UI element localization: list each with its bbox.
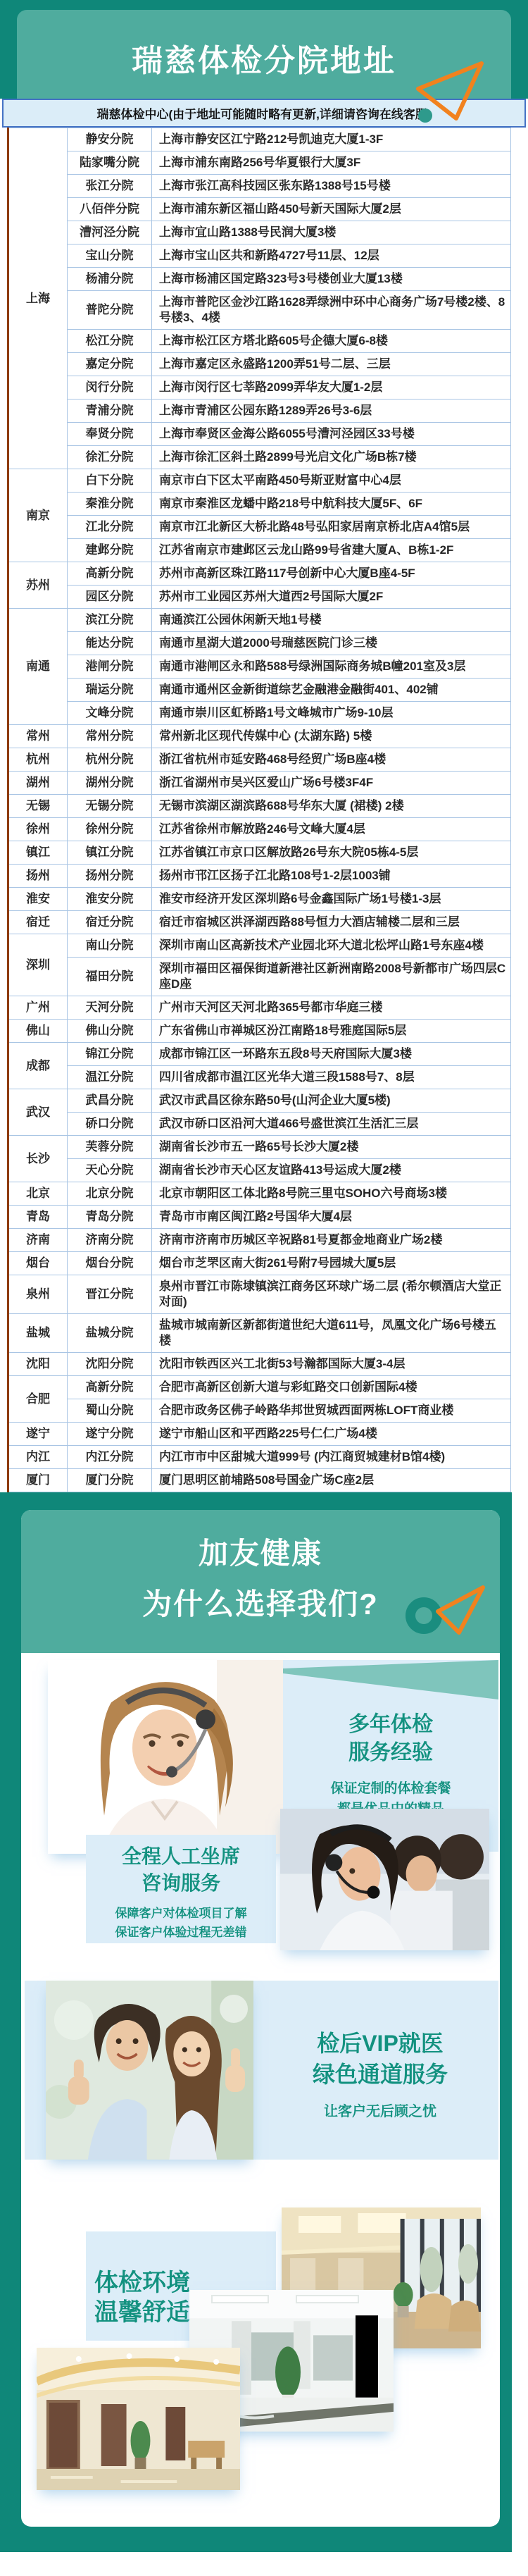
table-row: 杨浦分院上海市杨浦区国定路323号3号楼创业大厦13楼 bbox=[8, 268, 511, 291]
city-cell: 厦门 bbox=[8, 1469, 68, 1492]
branch-cell: 无锡分院 bbox=[68, 795, 152, 818]
branch-cell: 常州分院 bbox=[68, 725, 152, 748]
table-row: 江北分院南京市江北新区大桥北路48号弘阳家居南京桥北店A4馆5层 bbox=[8, 516, 511, 539]
branch-cell: 宝山分院 bbox=[68, 244, 152, 268]
address-cell: 上海市杨浦区国定路323号3号楼创业大厦13楼 bbox=[152, 268, 511, 291]
address-cell: 武汉市硚口区沿河大道466号盛世滨江生活汇三层 bbox=[152, 1113, 511, 1136]
feature-3-heading: 检后VIP就医 绿色通道服务 bbox=[268, 2028, 493, 2090]
table-row: 徐州徐州分院江苏省徐州市解放路246号文峰大厦4层 bbox=[8, 818, 511, 841]
branch-cell: 扬州分院 bbox=[68, 865, 152, 888]
address-cell: 上海市张江高科技园区张东路1388号15号楼 bbox=[152, 175, 511, 198]
address-cell: 南京市江北新区大桥北路48号弘阳家居南京桥北店A4馆5层 bbox=[152, 516, 511, 539]
branch-cell: 硚口分院 bbox=[68, 1113, 152, 1136]
branch-cell: 港闸分院 bbox=[68, 655, 152, 679]
happy-couple-photo bbox=[46, 1981, 253, 2160]
branch-cell: 蜀山分院 bbox=[68, 1399, 152, 1423]
feature-1-heading: 多年体检 服务经验 bbox=[283, 1711, 498, 1767]
address-cell: 南通市通州区金新街道综艺金融港金融街401、402铺 bbox=[152, 679, 511, 702]
promo-panel: 加友健康 为什么选择我们? bbox=[21, 1510, 500, 2527]
table-row: 天心分院湖南省长沙市天心区友谊路413号运成大厦2楼 bbox=[8, 1159, 511, 1182]
table-row: 园区分院苏州市工业园区苏州大道西2号国际大厦2F bbox=[8, 586, 511, 609]
branch-cell: 温江分院 bbox=[68, 1066, 152, 1089]
address-cell: 深圳市福田区福保街道新港社区新洲南路2008号新都市广场四层C座D座 bbox=[152, 958, 511, 996]
city-cell: 泉州 bbox=[8, 1275, 68, 1314]
address-cell: 上海市浦东南路256号华夏银行大厦3F bbox=[152, 151, 511, 175]
city-cell: 烟台 bbox=[8, 1252, 68, 1275]
address-cell: 遂宁市船山区和平西路225号仁仁广场4楼 bbox=[152, 1423, 511, 1446]
branch-cell: 漕河泾分院 bbox=[68, 221, 152, 244]
branch-cell: 青岛分院 bbox=[68, 1206, 152, 1229]
city-cell: 盐城 bbox=[8, 1314, 68, 1353]
table-row: 普陀分院上海市普陀区金沙江路1628弄绿洲中环中心商务广场7号楼2楼、8号楼3、… bbox=[8, 291, 511, 330]
branch-cell: 徐州分院 bbox=[68, 818, 152, 841]
branch-cell: 佛山分院 bbox=[68, 1020, 152, 1043]
address-cell: 上海市闵行区七莘路2099弄华友大厦1-2层 bbox=[152, 376, 511, 400]
city-cell: 无锡 bbox=[8, 795, 68, 818]
table-row: 内江内江分院内江市市中区甜城大道999号 (内江商贸城建材B馆4楼) bbox=[8, 1446, 511, 1469]
branch-table: 上海静安分院上海市静安区江宁路212号凯迪克大厦1-3F陆家嘴分院上海市浦东南路… bbox=[7, 128, 511, 1492]
city-cell: 合肥 bbox=[8, 1376, 68, 1423]
branch-cell: 滨江分院 bbox=[68, 609, 152, 632]
branch-cell: 天河分院 bbox=[68, 996, 152, 1020]
address-cell: 浙江省杭州市延安路468号经贸广场B座4楼 bbox=[152, 748, 511, 772]
address-cell: 厦门思明区前埔路508号国金广场C座2层 bbox=[152, 1469, 511, 1492]
branch-cell: 晋江分院 bbox=[68, 1275, 152, 1314]
promo-title-line2: 为什么选择我们? bbox=[142, 1587, 379, 1621]
address-cell: 北京市朝阳区工体北路8号院三里屯SOHO六号商场3楼 bbox=[152, 1182, 511, 1206]
city-cell: 北京 bbox=[8, 1182, 68, 1206]
triangle-decoration-icon bbox=[411, 61, 489, 128]
city-cell: 宿迁 bbox=[8, 911, 68, 934]
branch-cell: 能达分院 bbox=[68, 632, 152, 655]
city-cell: 扬州 bbox=[8, 865, 68, 888]
feature-2-heading: 全程人工坐席 咨询服务 bbox=[86, 1843, 276, 1897]
branch-cell: 奉贤分院 bbox=[68, 423, 152, 446]
table-row: 港闸分院南通市港闸区永和路588号绿洲国际商务城B幢201室及3层 bbox=[8, 655, 511, 679]
table-row: 扬州扬州分院扬州市邗江区扬子江北路108号1-2层1003铺 bbox=[8, 865, 511, 888]
triangle-decoration-icon bbox=[406, 1583, 489, 1641]
table-row: 北京北京分院北京市朝阳区工体北路8号院三里屯SOHO六号商场3楼 bbox=[8, 1182, 511, 1206]
city-cell: 淮安 bbox=[8, 888, 68, 911]
dot-icon bbox=[418, 109, 432, 123]
table-row: 泉州晋江分院泉州市晋江市陈埭镇滨江商务区环球广场二层 (希尔顿酒店大堂正对面) bbox=[8, 1275, 511, 1314]
promo-title-line1: 加友健康 bbox=[199, 1537, 322, 1570]
table-row: 湖州湖州分院浙江省湖州市吴兴区爱山广场6号楼3F4F bbox=[8, 772, 511, 795]
branch-cell: 瑞运分院 bbox=[68, 679, 152, 702]
address-cell: 南通市港闸区永和路588号绿洲国际商务城B幢201室及3层 bbox=[152, 655, 511, 679]
feature-3-desc: 让客户无后顾之忧 bbox=[268, 2100, 493, 2120]
branch-cell: 淮安分院 bbox=[68, 888, 152, 911]
feature-2-desc: 保障客户对体检项目了解 保证客户体验过程无差错 bbox=[86, 1904, 276, 1942]
address-cell: 上海市松江区方塔北路605号企德大厦6-8楼 bbox=[152, 330, 511, 353]
address-cell: 上海市普陀区金沙江路1628弄绿洲中环中心商务广场7号楼2楼、8号楼3、4楼 bbox=[152, 291, 511, 330]
consultant-photo bbox=[48, 1660, 283, 1854]
address-cell: 上海市宜山路1388号民润大厦3楼 bbox=[152, 221, 511, 244]
city-cell: 杭州 bbox=[8, 748, 68, 772]
branch-cell: 建邺分院 bbox=[68, 539, 152, 562]
address-cell: 合肥市高新区创新大道与彩虹路交口创新国际4楼 bbox=[152, 1376, 511, 1399]
city-cell: 徐州 bbox=[8, 818, 68, 841]
address-cell: 上海市嘉定区永盛路1200弄51号二层、三层 bbox=[152, 353, 511, 376]
branch-cell: 宿迁分院 bbox=[68, 911, 152, 934]
teal-wedge-decoration bbox=[283, 1660, 498, 1699]
city-cell: 镇江 bbox=[8, 841, 68, 865]
table-row: 苏州高新分院苏州市高新区珠江路117号创新中心大厦B座4-5F bbox=[8, 562, 511, 586]
address-cell: 烟台市芝罘区南大街261号附7号园城大厦5层 bbox=[152, 1252, 511, 1275]
address-cell: 泉州市晋江市陈埭镇滨江商务区环球广场二层 (希尔顿酒店大堂正对面) bbox=[152, 1275, 511, 1314]
address-cell: 宿迁市宿城区洪泽湖西路88号恒力大酒店辅楼二层和三层 bbox=[152, 911, 511, 934]
branch-cell: 高新分院 bbox=[68, 562, 152, 586]
address-cell: 浙江省湖州市吴兴区爱山广场6号楼3F4F bbox=[152, 772, 511, 795]
feature-2-panel: 全程人工坐席 咨询服务 保障客户对体检项目了解 保证客户体验过程无差错 bbox=[86, 1835, 276, 1943]
table-row: 南通滨江分院南通滨江公园休闲新天地1号楼 bbox=[8, 609, 511, 632]
table-row: 遂宁遂宁分院遂宁市船山区和平西路225号仁仁广场4楼 bbox=[8, 1423, 511, 1446]
branch-cell: 烟台分院 bbox=[68, 1252, 152, 1275]
promo-section: 加友健康 为什么选择我们? bbox=[0, 1492, 512, 2552]
address-cell: 江苏省南京市建邺区云龙山路99号省建大厦A、B栋1-2F bbox=[152, 539, 511, 562]
branch-cell: 张江分院 bbox=[68, 175, 152, 198]
city-cell: 佛山 bbox=[8, 1020, 68, 1043]
address-cell: 南通市星湖大道2000号瑞慈医院门诊三楼 bbox=[152, 632, 511, 655]
ring-icon bbox=[410, 1602, 437, 1629]
table-row: 长沙芙蓉分院湖南省长沙市五一路65号长沙大厦2楼 bbox=[8, 1136, 511, 1159]
branch-cell: 八佰伴分院 bbox=[68, 198, 152, 221]
table-row: 武汉武昌分院武汉市武昌区徐东路50号(山河企业大厦5楼) bbox=[8, 1089, 511, 1113]
city-cell: 成都 bbox=[8, 1043, 68, 1089]
city-cell: 上海 bbox=[8, 128, 68, 469]
branch-cell: 遂宁分院 bbox=[68, 1423, 152, 1446]
address-cell: 江苏省徐州市解放路246号文峰大厦4层 bbox=[152, 818, 511, 841]
address-cell: 成都市锦江区一环路东五段8号天府国际大厦3楼 bbox=[152, 1043, 511, 1066]
branch-cell: 厦门分院 bbox=[68, 1469, 152, 1492]
branch-cell: 锦江分院 bbox=[68, 1043, 152, 1066]
branch-cell: 南山分院 bbox=[68, 934, 152, 958]
city-cell: 遂宁 bbox=[8, 1423, 68, 1446]
address-cell: 上海市浦东新区福山路450号新天国际大厦2层 bbox=[152, 198, 511, 221]
branch-cell: 芙蓉分院 bbox=[68, 1136, 152, 1159]
branch-cell: 秦淮分院 bbox=[68, 493, 152, 516]
table-row: 秦淮分院南京市秦淮区龙蟠中路218号中航科技大厦5F、6F bbox=[8, 493, 511, 516]
table-row: 上海静安分院上海市静安区江宁路212号凯迪克大厦1-3F bbox=[8, 128, 511, 151]
table-row: 嘉定分院上海市嘉定区永盛路1200弄51号二层、三层 bbox=[8, 353, 511, 376]
address-cell: 上海市静安区江宁路212号凯迪克大厦1-3F bbox=[152, 128, 511, 151]
table-row: 无锡无锡分院无锡市滨湖区湖滨路688号华东大厦 (裙楼) 2楼 bbox=[8, 795, 511, 818]
address-cell: 沈阳市铁西区兴工北街53号瀚都国际大厦3-4层 bbox=[152, 1353, 511, 1376]
address-cell: 扬州市邗江区扬子江北路108号1-2层1003铺 bbox=[152, 865, 511, 888]
branch-cell: 江北分院 bbox=[68, 516, 152, 539]
table-row: 合肥高新分院合肥市高新区创新大道与彩虹路交口创新国际4楼 bbox=[8, 1376, 511, 1399]
table-row: 宿迁宿迁分院宿迁市宿城区洪泽湖西路88号恒力大酒店辅楼二层和三层 bbox=[8, 911, 511, 934]
address-cell: 常州新北区现代传媒中心 (太湖东路) 5楼 bbox=[152, 725, 511, 748]
address-cell: 淮安市经济开发区深圳路6号金鑫国际广场1号楼1-3层 bbox=[152, 888, 511, 911]
table-row: 淮安淮安分院淮安市经济开发区深圳路6号金鑫国际广场1号楼1-3层 bbox=[8, 888, 511, 911]
city-cell: 湖州 bbox=[8, 772, 68, 795]
branch-cell: 内江分院 bbox=[68, 1446, 152, 1469]
address-cell: 南通滨江公园休闲新天地1号楼 bbox=[152, 609, 511, 632]
branch-cell: 闵行分院 bbox=[68, 376, 152, 400]
table-row: 松江分院上海市松江区方塔北路605号企德大厦6-8楼 bbox=[8, 330, 511, 353]
table-row: 温江分院四川省成都市温江区光华大道三段1588号7、8层 bbox=[8, 1066, 511, 1089]
branch-cell: 嘉定分院 bbox=[68, 353, 152, 376]
branch-cell: 天心分院 bbox=[68, 1159, 152, 1182]
city-cell: 青岛 bbox=[8, 1206, 68, 1229]
table-row: 张江分院上海市张江高科技园区张东路1388号15号楼 bbox=[8, 175, 511, 198]
table-row: 漕河泾分院上海市宜山路1388号民润大厦3楼 bbox=[8, 221, 511, 244]
address-cell: 无锡市滨湖区湖滨路688号华东大厦 (裙楼) 2楼 bbox=[152, 795, 511, 818]
table-row: 佛山佛山分院广东省佛山市禅城区汾江南路18号雅庭国际5层 bbox=[8, 1020, 511, 1043]
address-cell: 四川省成都市温江区光华大道三段1588号7、8层 bbox=[152, 1066, 511, 1089]
branch-cell: 园区分院 bbox=[68, 586, 152, 609]
table-row: 文峰分院南通市崇川区虹桥路1号文峰城市广场9-10层 bbox=[8, 702, 511, 725]
table-row: 建邺分院江苏省南京市建邺区云龙山路99号省建大厦A、B栋1-2F bbox=[8, 539, 511, 562]
branch-cell: 文峰分院 bbox=[68, 702, 152, 725]
table-row: 济南济南分院济南市济南市历城区辛祝路81号夏都金地商业广场2楼 bbox=[8, 1229, 511, 1252]
address-cell: 上海市宝山区共和新路4727号11层、12层 bbox=[152, 244, 511, 268]
address-cell: 青岛市市南区闽江路2号国华大厦4层 bbox=[152, 1206, 511, 1229]
address-cell: 苏州市工业园区苏州大道西2号国际大厦2F bbox=[152, 586, 511, 609]
branch-table-body: 上海静安分院上海市静安区江宁路212号凯迪克大厦1-3F陆家嘴分院上海市浦东南路… bbox=[8, 128, 511, 1492]
address-cell: 内江市市中区甜城大道999号 (内江商贸城建材B馆4楼) bbox=[152, 1446, 511, 1469]
table-row: 闵行分院上海市闵行区七莘路2099弄华友大厦1-2层 bbox=[8, 376, 511, 400]
table-row: 奉贤分院上海市奉贤区金海公路6055号漕河泾园区33号楼 bbox=[8, 423, 511, 446]
promo-header: 加友健康 为什么选择我们? bbox=[21, 1510, 500, 1653]
branch-cell: 杭州分院 bbox=[68, 748, 152, 772]
hero-banner: 瑞慈体检分院地址 bbox=[0, 0, 528, 99]
address-cell: 江苏省镇江市京口区解放路26号东大院05栋4-5层 bbox=[152, 841, 511, 865]
branch-cell: 陆家嘴分院 bbox=[68, 151, 152, 175]
table-row: 青岛青岛分院青岛市市南区闽江路2号国华大厦4层 bbox=[8, 1206, 511, 1229]
table-row: 八佰伴分院上海市浦东新区福山路450号新天国际大厦2层 bbox=[8, 198, 511, 221]
table-row: 常州常州分院常州新北区现代传媒中心 (太湖东路) 5楼 bbox=[8, 725, 511, 748]
address-cell: 上海市奉贤区金海公路6055号漕河泾园区33号楼 bbox=[152, 423, 511, 446]
address-cell: 广州市天河区天河北路365号都市华庭三楼 bbox=[152, 996, 511, 1020]
branch-cell: 松江分院 bbox=[68, 330, 152, 353]
city-cell: 济南 bbox=[8, 1229, 68, 1252]
city-cell: 长沙 bbox=[8, 1136, 68, 1182]
feature-3-text: 检后VIP就医 绿色通道服务 让客户无后顾之忧 bbox=[268, 2028, 493, 2120]
address-cell: 南通市崇川区虹桥路1号文峰城市广场9-10层 bbox=[152, 702, 511, 725]
address-cell: 盐城市城南新区新都街道世纪大道611号，凤凰文化广场6号楼五楼 bbox=[152, 1314, 511, 1353]
table-row: 盐城盐城分院盐城市城南新区新都街道世纪大道611号，凤凰文化广场6号楼五楼 bbox=[8, 1314, 511, 1353]
address-cell: 湖南省长沙市五一路65号长沙大厦2楼 bbox=[152, 1136, 511, 1159]
branch-cell: 白下分院 bbox=[68, 469, 152, 493]
branch-cell: 沈阳分院 bbox=[68, 1353, 152, 1376]
city-cell: 沈阳 bbox=[8, 1353, 68, 1376]
branch-cell: 静安分院 bbox=[68, 128, 152, 151]
address-cell: 南京市白下区太平南路450号斯亚财富中心4层 bbox=[152, 469, 511, 493]
address-cell: 合肥市政务区佛子岭路华邦世贸城西面两栋LOFT商业楼 bbox=[152, 1399, 511, 1423]
table-row: 陆家嘴分院上海市浦东南路256号华夏银行大厦3F bbox=[8, 151, 511, 175]
branch-cell: 武昌分院 bbox=[68, 1089, 152, 1113]
table-row: 深圳南山分院深圳市南山区高新技术产业园北环大道北松坪山路1号东座4楼 bbox=[8, 934, 511, 958]
city-cell: 内江 bbox=[8, 1446, 68, 1469]
table-row: 厦门厦门分院厦门思明区前埔路508号国金广场C座2层 bbox=[8, 1469, 511, 1492]
branch-cell: 盐城分院 bbox=[68, 1314, 152, 1353]
branch-cell: 杨浦分院 bbox=[68, 268, 152, 291]
address-cell: 苏州市高新区珠江路117号创新中心大厦B座4-5F bbox=[152, 562, 511, 586]
branch-cell: 济南分院 bbox=[68, 1229, 152, 1252]
table-row: 成都锦江分院成都市锦江区一环路东五段8号天府国际大厦3楼 bbox=[8, 1043, 511, 1066]
branch-cell: 镇江分院 bbox=[68, 841, 152, 865]
table-row: 杭州杭州分院浙江省杭州市延安路468号经贸广场B座4楼 bbox=[8, 748, 511, 772]
branch-cell: 普陀分院 bbox=[68, 291, 152, 330]
branch-cell: 高新分院 bbox=[68, 1376, 152, 1399]
city-cell: 南京 bbox=[8, 469, 68, 562]
city-cell: 广州 bbox=[8, 996, 68, 1020]
city-cell: 武汉 bbox=[8, 1089, 68, 1136]
address-cell: 广东省佛山市禅城区汾江南路18号雅庭国际5层 bbox=[152, 1020, 511, 1043]
clinic-corridor-photo bbox=[37, 2348, 240, 2490]
table-row: 能达分院南通市星湖大道2000号瑞慈医院门诊三楼 bbox=[8, 632, 511, 655]
table-row: 蜀山分院合肥市政务区佛子岭路华邦世贸城西面两栋LOFT商业楼 bbox=[8, 1399, 511, 1423]
table-row: 宝山分院上海市宝山区共和新路4727号11层、12层 bbox=[8, 244, 511, 268]
branch-cell: 徐汇分院 bbox=[68, 446, 152, 469]
table-row: 徐汇分院上海市徐汇区斜土路2899号光启文化广场B栋7楼 bbox=[8, 446, 511, 469]
address-cell: 武汉市武昌区徐东路50号(山河企业大厦5楼) bbox=[152, 1089, 511, 1113]
table-row: 镇江镇江分院江苏省镇江市京口区解放路26号东大院05栋4-5层 bbox=[8, 841, 511, 865]
address-cell: 湖南省长沙市天心区友谊路413号运成大厦2楼 bbox=[152, 1159, 511, 1182]
branch-cell: 北京分院 bbox=[68, 1182, 152, 1206]
city-cell: 深圳 bbox=[8, 934, 68, 996]
city-cell: 常州 bbox=[8, 725, 68, 748]
branch-cell: 福田分院 bbox=[68, 958, 152, 996]
address-cell: 上海市徐汇区斜土路2899号光启文化广场B栋7楼 bbox=[152, 446, 511, 469]
address-cell: 上海市青浦区公园东路1289弄26号3-6层 bbox=[152, 400, 511, 423]
table-row: 沈阳沈阳分院沈阳市铁西区兴工北街53号瀚都国际大厦3-4层 bbox=[8, 1353, 511, 1376]
table-row: 瑞运分院南通市通州区金新街道综艺金融港金融街401、402铺 bbox=[8, 679, 511, 702]
address-cell: 深圳市南山区高新技术产业园北环大道北松坪山路1号东座4楼 bbox=[152, 934, 511, 958]
table-row: 硚口分院武汉市硚口区沿河大道466号盛世滨江生活汇三层 bbox=[8, 1113, 511, 1136]
address-cell: 济南市济南市历城区辛祝路81号夏都金地商业广场2楼 bbox=[152, 1229, 511, 1252]
branch-cell: 湖州分院 bbox=[68, 772, 152, 795]
table-row: 烟台烟台分院烟台市芝罘区南大街261号附7号园城大厦5层 bbox=[8, 1252, 511, 1275]
branch-cell: 青浦分院 bbox=[68, 400, 152, 423]
table-row: 福田分院深圳市福田区福保街道新港社区新洲南路2008号新都市广场四层C座D座 bbox=[8, 958, 511, 996]
address-cell: 南京市秦淮区龙蟠中路218号中航科技大厦5F、6F bbox=[152, 493, 511, 516]
city-cell: 苏州 bbox=[8, 562, 68, 609]
hero-title-box: 瑞慈体检分院地址 bbox=[17, 10, 511, 99]
city-cell: 南通 bbox=[8, 609, 68, 725]
table-row: 广州天河分院广州市天河区天河北路365号都市华庭三楼 bbox=[8, 996, 511, 1020]
table-row: 南京白下分院南京市白下区太平南路450号斯亚财富中心4层 bbox=[8, 469, 511, 493]
call-center-photo bbox=[280, 1809, 489, 1950]
table-row: 青浦分院上海市青浦区公园东路1289弄26号3-6层 bbox=[8, 400, 511, 423]
